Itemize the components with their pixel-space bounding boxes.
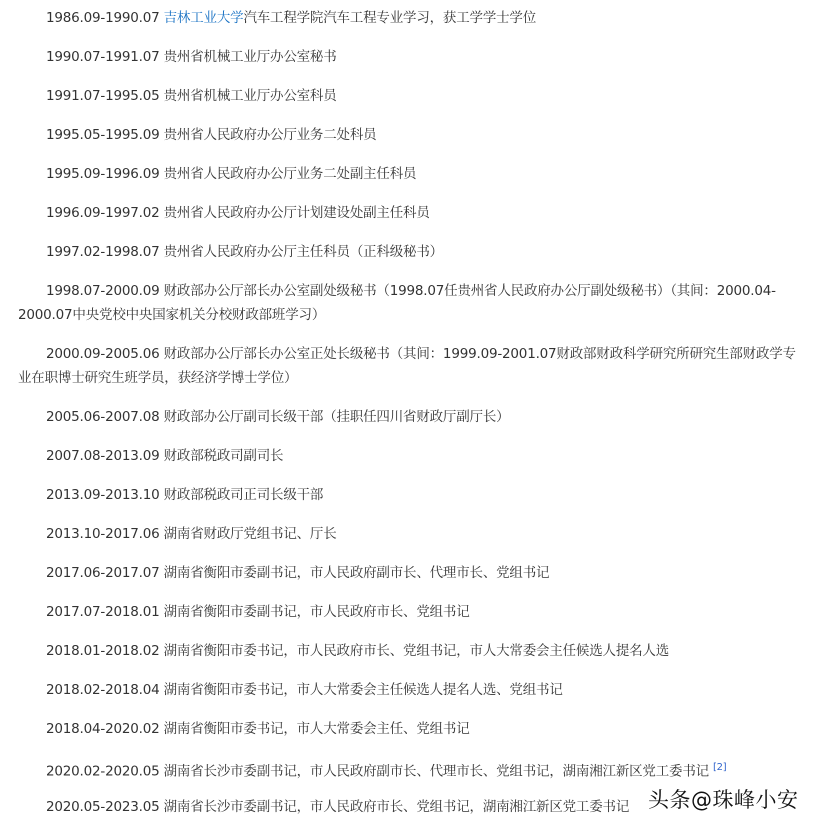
- resume-entry: 1986.09-1990.07 吉林工业大学汽车工程学院汽车工程专业学习，获工学…: [18, 0, 808, 39]
- watermark: 头条@珠峰小安: [648, 784, 799, 814]
- entry-period: 1998.07-2000.09: [46, 283, 160, 299]
- entry-text: 湖南省长沙市委副书记，市人民政府市长、党组书记，湖南湘江新区党工委书记: [164, 799, 630, 815]
- entry-text: 湖南省长沙市委副书记，市人民政府副市长、代理市长、党组书记，湖南湘江新区党工委书…: [164, 764, 709, 780]
- reference-link[interactable]: [2]: [713, 762, 727, 773]
- entry-text: 财政部税政司副司长: [164, 448, 284, 464]
- entry-period: 2017.07-2018.01: [46, 604, 160, 620]
- entry-text: 汽车工程学院汽车工程专业学习，获工学学士学位: [243, 10, 536, 26]
- entry-text: 贵州省人民政府办公厅业务二处科员: [164, 127, 377, 143]
- entry-text: 湖南省衡阳市委书记，市人大常委会主任、党组书记: [164, 721, 470, 737]
- university-link[interactable]: 吉林工业大学: [164, 10, 244, 26]
- entry-period: 1995.09-1996.09: [46, 166, 160, 182]
- entry-period: 2018.04-2020.02: [46, 721, 160, 737]
- entry-period: 2005.06-2007.08: [46, 409, 160, 425]
- entry-period: 2020.02-2020.05: [46, 764, 160, 780]
- resume-entry: 2005.06-2007.08 财政部办公厅副司长级干部（挂职任四川省财政厅副厅…: [18, 399, 808, 438]
- resume-entry: 2013.09-2013.10 财政部税政司正司长级干部: [18, 477, 808, 516]
- resume-entry: 1997.02-1998.07 贵州省人民政府办公厅主任科员（正科级秘书）: [18, 234, 808, 273]
- entry-period: 2020.05-2023.05: [46, 799, 160, 815]
- entry-period: 2000.09-2005.06: [46, 346, 160, 362]
- resume-entry: 1995.09-1996.09 贵州省人民政府办公厅业务二处副主任科员: [18, 156, 808, 195]
- entry-period: 1995.05-1995.09: [46, 127, 160, 143]
- entry-period: 2007.08-2013.09: [46, 448, 160, 464]
- resume-entry: 2017.07-2018.01 湖南省衡阳市委副书记，市人民政府市长、党组书记: [18, 594, 808, 633]
- entry-period: 2013.10-2017.06: [46, 526, 160, 542]
- entry-period: 2018.01-2018.02: [46, 643, 160, 659]
- resume-entry: 2018.01-2018.02 湖南省衡阳市委书记，市人民政府市长、党组书记，市…: [18, 633, 808, 672]
- entry-period: 1996.09-1997.02: [46, 205, 160, 221]
- resume-entry: 2000.09-2005.06 财政部办公厅部长办公室正处长级秘书（其间：199…: [18, 336, 808, 399]
- resume-entry: 2013.10-2017.06 湖南省财政厅党组书记、厅长: [18, 516, 808, 555]
- entry-text: 湖南省财政厅党组书记、厅长: [164, 526, 337, 542]
- resume-entry: 2007.08-2013.09 财政部税政司副司长: [18, 438, 808, 477]
- entry-text: 湖南省衡阳市委书记，市人大常委会主任候选人提名人选、党组书记: [164, 682, 563, 698]
- resume-entry: 2018.04-2020.02 湖南省衡阳市委书记，市人大常委会主任、党组书记: [18, 711, 808, 750]
- entry-text: 贵州省机械工业厅办公室科员: [164, 88, 337, 104]
- entry-text: 财政部税政司正司长级干部: [164, 487, 324, 503]
- entry-period: 1991.07-1995.05: [46, 88, 160, 104]
- entry-period: 1986.09-1990.07: [46, 10, 160, 26]
- entry-period: 2018.02-2018.04: [46, 682, 160, 698]
- resume-entry: 1996.09-1997.02 贵州省人民政府办公厅计划建设处副主任科员: [18, 195, 808, 234]
- resume-list: 1986.09-1990.07 吉林工业大学汽车工程学院汽车工程专业学习，获工学…: [18, 0, 808, 827]
- resume-entry: 2017.06-2017.07 湖南省衡阳市委副书记，市人民政府副市长、代理市长…: [18, 555, 808, 594]
- entry-text: 贵州省人民政府办公厅计划建设处副主任科员: [164, 205, 430, 221]
- entry-period: 1997.02-1998.07: [46, 244, 160, 260]
- entry-text: 湖南省衡阳市委书记，市人民政府市长、党组书记，市人大常委会主任候选人提名人选: [164, 643, 669, 659]
- entry-period: 1990.07-1991.07: [46, 49, 160, 65]
- entry-period: 2017.06-2017.07: [46, 565, 160, 581]
- resume-entry: 1991.07-1995.05 贵州省机械工业厅办公室科员: [18, 78, 808, 117]
- resume-entry: 1990.07-1991.07 贵州省机械工业厅办公室秘书: [18, 39, 808, 78]
- entry-text: 湖南省衡阳市委副书记，市人民政府市长、党组书记: [164, 604, 470, 620]
- resume-entry: 2018.02-2018.04 湖南省衡阳市委书记，市人大常委会主任候选人提名人…: [18, 672, 808, 711]
- resume-entry: 1998.07-2000.09 财政部办公厅部长办公室副处级秘书（1998.07…: [18, 273, 808, 336]
- entry-period: 2013.09-2013.10: [46, 487, 160, 503]
- resume-entry: 1995.05-1995.09 贵州省人民政府办公厅业务二处科员: [18, 117, 808, 156]
- entry-text: 贵州省人民政府办公厅主任科员（正科级秘书）: [164, 244, 443, 260]
- entry-text: 贵州省人民政府办公厅业务二处副主任科员: [164, 166, 417, 182]
- entry-text: 贵州省机械工业厅办公室秘书: [164, 49, 337, 65]
- entry-text: 财政部办公厅副司长级干部（挂职任四川省财政厅副厅长）: [164, 409, 510, 425]
- entry-text: 湖南省衡阳市委副书记，市人民政府副市长、代理市长、党组书记: [164, 565, 550, 581]
